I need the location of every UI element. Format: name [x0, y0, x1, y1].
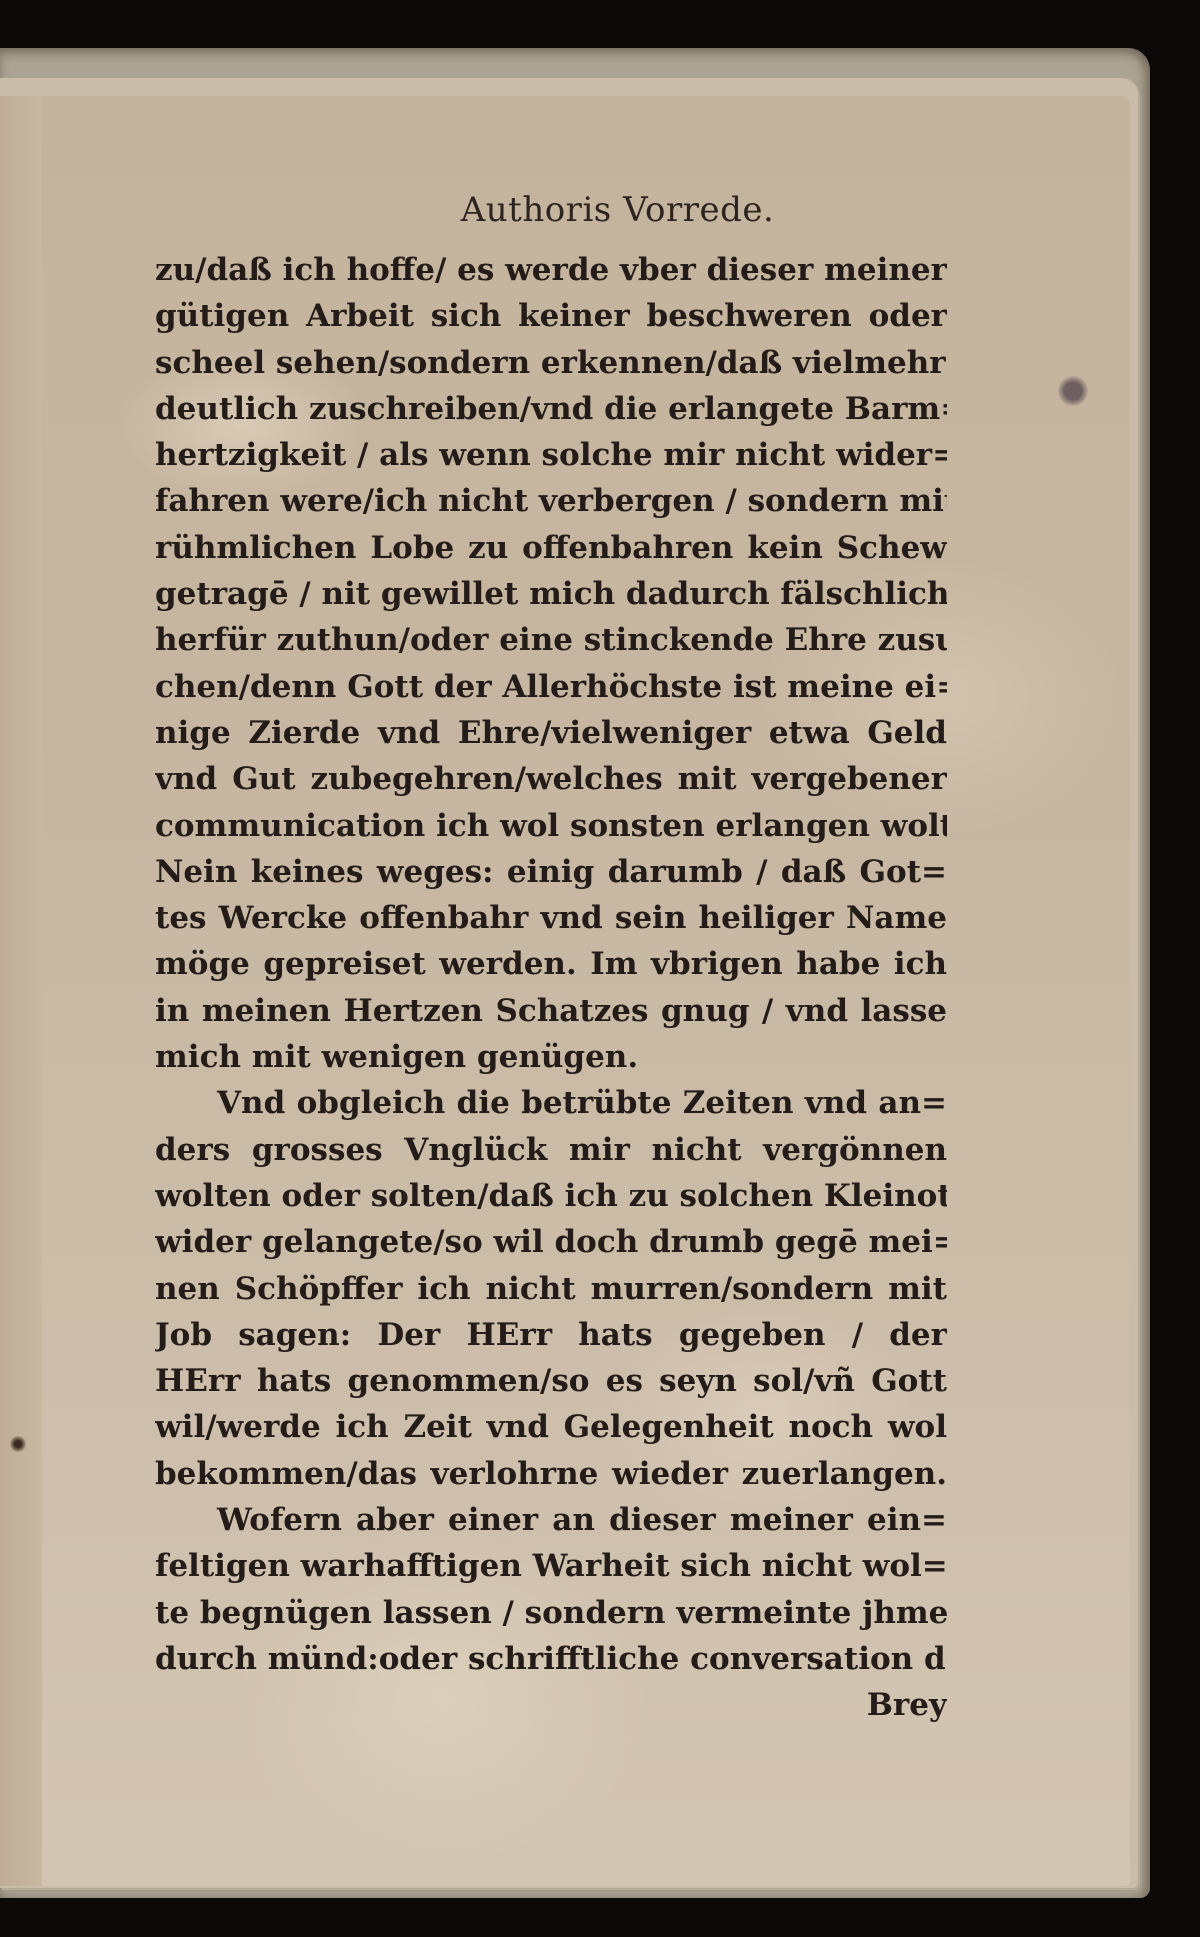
- text-line: fahren were/ich nicht verbergen / sonder…: [155, 478, 947, 524]
- text-line: rühmlichen Lobe zu offenbahren kein Sche…: [155, 525, 947, 571]
- text-line: deutlich zuschreiben/vnd die erlangete B…: [155, 386, 947, 432]
- text-line: herfür zuthun/oder eine stinckende Ehre …: [155, 617, 947, 663]
- text-line: scheel sehen/sondern erkennen/daß vielme…: [155, 340, 947, 386]
- text-line: möge gepreiset werden. Im vbrigen habe i…: [155, 941, 947, 987]
- text-line-paragraph-start: Vnd obgleich die betrübte Zeiten vnd an=: [155, 1080, 947, 1126]
- text-line: hertzigkeit / als wenn solche mir nicht …: [155, 432, 947, 478]
- text-line-paragraph-end: bekommen/das verlohrne wieder zuerlangen…: [155, 1451, 947, 1497]
- text-line: zu/daß ich hoffe/ es werde vber dieser m…: [155, 247, 947, 293]
- text-line: Job sagen: Der HErr hats gegeben / der: [155, 1312, 947, 1358]
- text-line: wider gelangete/so wil doch drumb gegē m…: [155, 1219, 947, 1265]
- text-line: te begnügen lassen / sondern vermeinte j…: [155, 1590, 947, 1636]
- ink-stain: [1058, 376, 1088, 406]
- text-line: in meinen Hertzen Schatzes gnug / vnd la…: [155, 988, 947, 1034]
- text-line-paragraph-end: mich mit wenigen genügen.: [155, 1034, 947, 1080]
- text-line: wolten oder solten/daß ich zu solchen Kl…: [155, 1173, 947, 1219]
- text-line: gütigen Arbeit sich keiner beschweren od…: [155, 293, 947, 339]
- text-line: communication ich wol sonsten erlangen w…: [155, 803, 947, 849]
- text-line: HErr hats genommen/so es seyn sol/vñ Got…: [155, 1358, 947, 1404]
- body-text: zu/daß ich hoffe/ es werde vber dieser m…: [155, 247, 947, 1729]
- binding-hole: [10, 1436, 26, 1452]
- text-line: ders grosses Vnglück mir nicht vergönnen: [155, 1127, 947, 1173]
- running-head: Authoris Vorrede.: [0, 190, 1200, 230]
- text-line: getragē / nit gewillet mich dadurch fäls…: [155, 571, 947, 617]
- text-line: feltigen warhafftigen Warheit sich nicht…: [155, 1543, 947, 1589]
- text-line: nen Schöpffer ich nicht murren/sondern m…: [155, 1266, 947, 1312]
- text-line: Nein keines weges: einig darumb / daß Go…: [155, 849, 947, 895]
- catchword: Brey: [155, 1682, 947, 1728]
- text-line: wil/werde ich Zeit vnd Gelegenheit noch …: [155, 1404, 947, 1450]
- facing-page-gutter: [0, 96, 44, 1886]
- text-line-paragraph-start: Wofern aber einer an dieser meiner ein=: [155, 1497, 947, 1543]
- text-line: tes Wercke offenbahr vnd sein heiliger N…: [155, 895, 947, 941]
- text-line: vnd Gut zubegehren/welches mit vergebene…: [155, 756, 947, 802]
- text-line: chen/denn Gott der Allerhöchste ist mein…: [155, 664, 947, 710]
- text-line: nige Zierde vnd Ehre/vielweniger etwa Ge…: [155, 710, 947, 756]
- text-line: durch münd:oder schrifftliche conversati…: [155, 1636, 947, 1682]
